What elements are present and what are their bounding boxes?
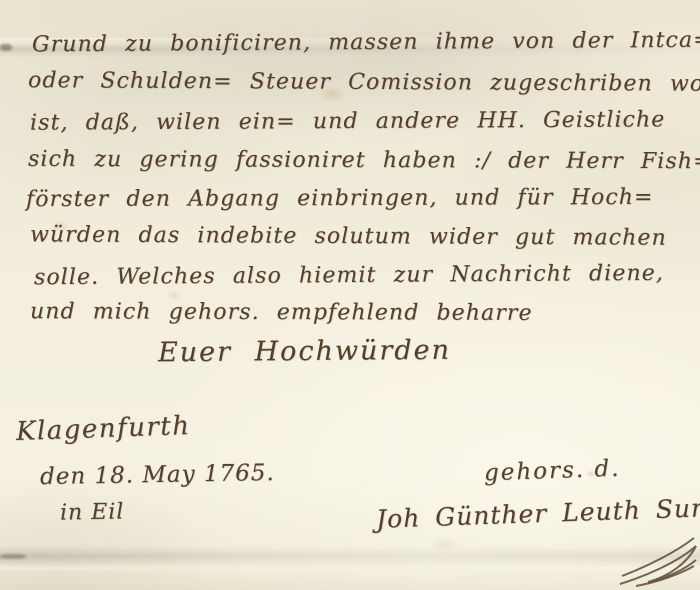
dateline-place: Klagenfurth [16,411,191,447]
fold-crease-bottom [0,546,700,572]
salutation: Euer Hochwürden [158,335,451,369]
dateline-note: in Eil [60,499,125,525]
signature-paraph-flourish [618,532,700,588]
signature-name: Joh Günther Leuth Surgant [376,491,700,534]
body-line-6: würden das indebite solutum wider gut ma… [30,222,667,250]
body-line-4: sich zu gering fassioniret haben :/ der … [28,147,700,174]
edge-notch-top [0,44,12,51]
body-line-3: ist, daß, wilen ein= und andere HH. Geis… [30,107,666,135]
signature-closing: gehors. d. [484,456,621,487]
body-line-2: oder Schulden= Steuer Comission zugeschr… [28,68,700,97]
dateline-date: den 18. May 1765. [40,460,275,490]
body-line-8: und mich gehors. empfehlend beharre [30,299,533,326]
foxing-stain [428,538,462,552]
body-line-7: solle. Welches also hiemit zur Nachricht… [34,261,664,290]
body-line-1: Grund zu bonificiren, massen ihme von de… [32,28,700,58]
edge-notch-bottom [0,554,26,559]
manuscript-page: Grund zu bonificiren, massen ihme von de… [0,0,700,590]
body-line-5: förster den Abgang einbringen, und für H… [26,185,654,212]
